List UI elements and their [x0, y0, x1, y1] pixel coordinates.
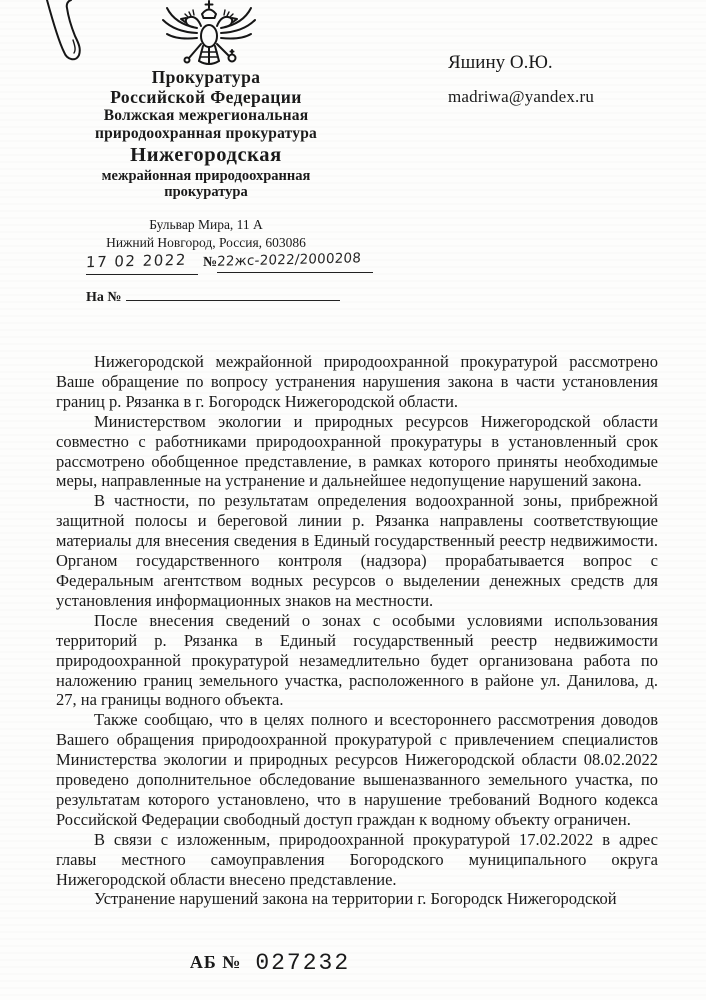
- body-paragraph: Министерством экологии и природных ресур…: [56, 412, 658, 492]
- org-name-line: Российской Федерации: [45, 88, 367, 108]
- reference-row: На №: [86, 286, 386, 306]
- letterhead-org-block: Прокуратура Российской Федерации Волжска…: [45, 68, 367, 200]
- org-name-line: межрайонная природоохранная: [45, 168, 367, 184]
- org-name-line: природоохранная прокуратура: [45, 125, 367, 142]
- body-paragraph: Устранение нарушений закона на территори…: [56, 889, 658, 909]
- org-name-line: Нижегородская: [45, 144, 367, 167]
- double-headed-eagle-emblem: [148, 0, 270, 70]
- address-line: Бульвар Мира, 11 А: [45, 216, 367, 234]
- recipient-email: madriwa@yandex.ru: [448, 88, 678, 106]
- org-name-line: Волжская межрегиональная: [45, 107, 367, 124]
- outgoing-date-field: 17 02 2022: [86, 252, 198, 275]
- org-name-line: прокуратура: [45, 184, 367, 200]
- date-number-row: 17 02 2022 № 22жс-2022/2000208: [86, 252, 386, 282]
- number-sign: №: [203, 255, 217, 271]
- body-paragraph: В связи с изложенным, природоохранной пр…: [56, 830, 658, 890]
- outgoing-number-field: 22жс-2022/2000208: [217, 252, 373, 273]
- handwritten-date: 17 02 2022: [86, 251, 188, 271]
- body-paragraph: В частности, по результатам определения …: [56, 491, 658, 610]
- body-paragraph: После внесения сведений о зонах с особым…: [56, 611, 658, 711]
- scanned-letter-page: Прокуратура Российской Федерации Волжска…: [0, 0, 706, 1000]
- form-series-label: АБ №: [190, 952, 242, 972]
- letterhead-address: Бульвар Мира, 11 А Нижний Новгород, Росс…: [45, 216, 367, 251]
- paperclip-icon: [40, 0, 102, 72]
- reference-blank-line: [126, 286, 340, 301]
- body-paragraph: Также сообщаю, что в целях полного и все…: [56, 710, 658, 829]
- recipient-block: Яшину О.Ю. madriwa@yandex.ru: [448, 53, 678, 106]
- address-line: Нижний Новгород, Россия, 603086: [45, 234, 367, 252]
- form-series-number: 027232: [255, 950, 350, 976]
- form-series-block: АБ №027232: [0, 950, 540, 976]
- reference-label: На №: [86, 290, 121, 305]
- recipient-name: Яшину О.Ю.: [448, 53, 678, 73]
- handwritten-number: 22жс-2022/2000208: [217, 250, 362, 270]
- letter-body: Нижегородской межрайонной природоохранно…: [56, 352, 658, 909]
- body-paragraph: Нижегородской межрайонной природоохранно…: [56, 352, 658, 412]
- org-name-line: Прокуратура: [45, 68, 367, 88]
